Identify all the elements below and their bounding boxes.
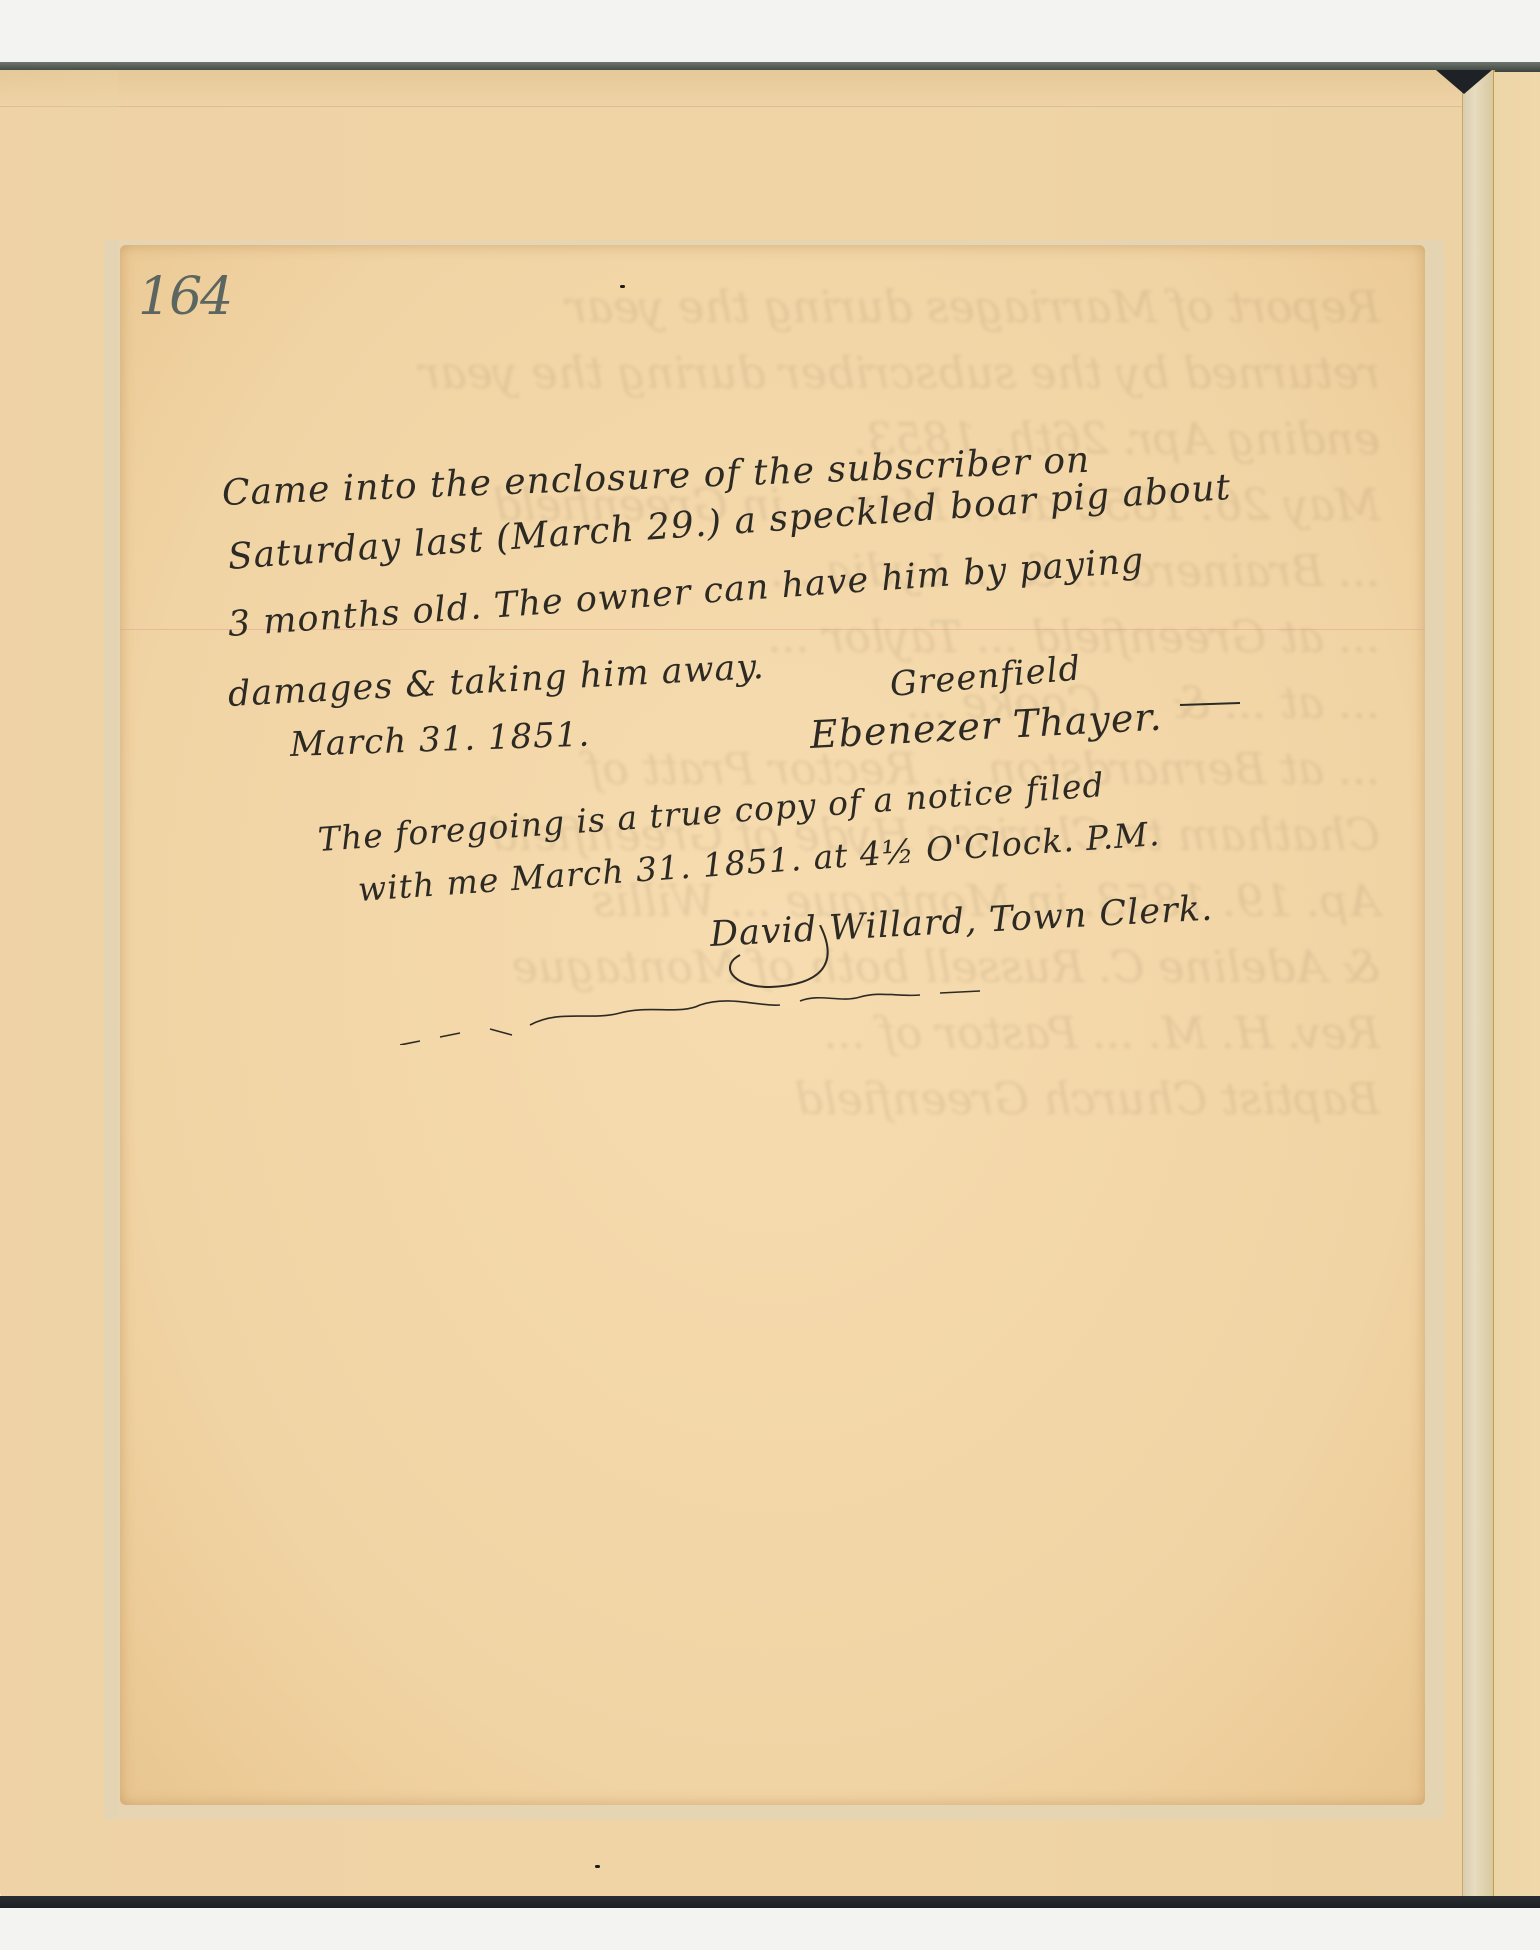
album-page-hinge-shade [0, 70, 118, 1900]
album-page-top-band [0, 70, 1466, 107]
book-spine-notch [1436, 70, 1492, 94]
scanned-document: Report of Marriages during the year retu… [0, 0, 1540, 1950]
ink-speck [620, 285, 625, 288]
signature-flourish [400, 925, 1200, 1045]
facing-page-edge [1494, 72, 1540, 1898]
book-cover-bottom-edge [0, 1896, 1540, 1908]
book-gutter [1462, 70, 1495, 1900]
pasted-notice-slip: Report of Marriages during the year retu… [120, 245, 1425, 1805]
ink-speck [595, 1865, 600, 1868]
folio-number: 164 [138, 267, 231, 327]
